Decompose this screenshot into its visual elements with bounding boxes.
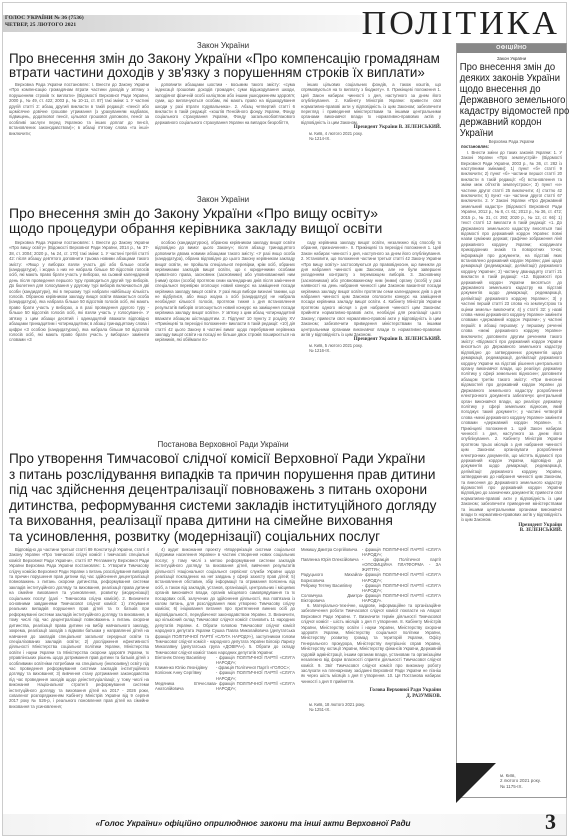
article2-title-line: щодо процедури обрання керівника закладу… (9, 221, 382, 236)
sidebar-title: Про внесення змін до деяких законів Укра… (457, 61, 569, 139)
article3-title-line: Про утворення Тимчасової слідчої комісії… (9, 451, 436, 467)
article1-title-line: Про внесення змін до Закону України «Про… (9, 52, 440, 66)
article1-number: № 1214-IX. (301, 136, 441, 141)
article2-col3-text: саду керівника закладу вищої освіти, нез… (301, 240, 441, 337)
article2-column: особою (кандидатурою), обраною керівнико… (155, 240, 295, 418)
article3-title-line: та виховання, реалізації права дитини на… (9, 513, 436, 529)
member-name: Ребрику Тетяну Василівну (301, 583, 362, 593)
article1-column: Верховна Рада України постановляє: I. Вн… (9, 82, 149, 158)
article2-kicker: Закон України (3, 195, 443, 204)
article1-title-line: втрати частини доходів у зв'язку з поруш… (9, 66, 440, 80)
article3-column: Микишу Дмитра Сергійовича- фракція ПОЛІТ… (301, 547, 441, 809)
article3-column: 4) аудит виконання проекту «Модернізація… (155, 547, 295, 809)
article1-column: інших цільових соціальних фондів, а тако… (301, 82, 441, 158)
sidebar-meta: м. Київ, 2 лютого 2021 року. № 1175-IX. (500, 773, 541, 789)
article3-title-line: під час здійснення децентралізації повно… (9, 482, 436, 498)
article1-kicker: Закон України (3, 41, 443, 50)
member-name: Павленка Юрія Олексійовича (301, 557, 362, 572)
member-name: Медяника В'ячеслава Анатолійовича (155, 681, 216, 691)
article1-col2-text: доповнити абзацами шостим - восьмим тако… (155, 82, 295, 125)
article1-col1-text: Верховна Рада України постановляє: I. Вн… (9, 82, 149, 136)
corner-triangle-decoration (456, 763, 496, 803)
member-faction: - фракція ПОЛІТИЧНОЇ ПАРТІЇ «СЛУГА НАРОД… (362, 593, 441, 603)
member-name: Радуцького Михайла Борисовича (301, 572, 362, 582)
newspaper-page: ГОЛОС УКРАЇНИ № 36 (7536) ЧЕТВЕР, 25 ЛЮТ… (2, 2, 567, 836)
issue-number: ГОЛОС УКРАЇНИ № 36 (7536) (5, 15, 84, 22)
member-name: Колісник Анну Сергіївну (155, 670, 216, 680)
article2-title-line: Про внесення змін до Закону України «Про… (9, 206, 382, 221)
section-rubric: ПОЛІТИКА (362, 6, 560, 42)
member-name: Соломчука Дмитра Вікторовича (301, 593, 362, 603)
article3-kicker: Постанова Верховної Ради України (3, 440, 443, 449)
article3-title: Про утворення Тимчасової слідчої комісії… (9, 451, 436, 545)
article1-col3-text: інших цільових соціальних фондів, а тако… (301, 82, 441, 125)
footer-text: «Голос України» офіційно оприлюднює зако… (3, 819, 503, 828)
member-faction: - фракція ПОЛІТИЧНОЇ ПАРТІЇ «СЛУГА НАРОД… (362, 547, 441, 557)
member-name: Вінтоняк Олену Василівну (155, 655, 216, 665)
member-faction: - фракція ПОЛІТИЧНОЇ ПАРТІЇ «СЛУГА НАРОД… (216, 670, 295, 680)
article3-title-line: дитинства, реформування системи закладів… (9, 498, 436, 514)
member-faction: - фракція ПОЛІТИЧНОЇ ПАРТІЇ «СЛУГА НАРОД… (216, 681, 295, 691)
article3-body: Відповідно до частини третьої статті 89 … (9, 547, 441, 809)
member-faction: - фракція Політичної партії «ОПОЗИЦІЙНА … (362, 557, 441, 572)
members-list: Микишу Дмитра Сергійовича- фракція ПОЛІТ… (301, 547, 441, 603)
sidebar-text: I. Внести зміни до таких законів України… (461, 150, 562, 523)
article1-body: Верховна Рада України постановляє: I. Вн… (9, 82, 441, 158)
article2-title: Про внесення змін до Закону України «Про… (9, 206, 382, 235)
article2-col2-text: особою (кандидатурою), обраною керівнико… (155, 240, 295, 343)
member-faction: - фракція ПОЛІТИЧНОЇ ПАРТІЇ «СЛУГА НАРОД… (362, 583, 441, 593)
article2-column: саду керівника закладу вищої освіти, нез… (301, 240, 441, 418)
article2-body: Верховна Рада України постановляє: I. Вн… (9, 240, 441, 418)
article1-title: Про внесення змін до Закону України «Про… (9, 52, 440, 80)
member-faction: - фракція ПОЛІТИЧНОЇ ПАРТІЇ «СЛУГА НАРОД… (362, 572, 441, 582)
sidebar-label: ОФІЦІЙНО (457, 44, 566, 53)
sidebar-signature-name: В. ЗЕЛЕНСЬКИЙ. (461, 528, 562, 533)
member-faction: - фракція ПОЛІТИЧНОЇ ПАРТІЇ «СЛУГА НАРОД… (216, 655, 295, 665)
members-list: Вінтоняк Олену Василівну- фракція ПОЛІТИ… (155, 655, 295, 691)
article1-column: доповнити абзацами шостим - восьмим тако… (155, 82, 295, 158)
article3-number: № 1251-IX. (301, 707, 441, 712)
article2-number: № 1216-IX. (301, 348, 441, 353)
article3-signature-name: Д. РАЗУМКОВ. (301, 694, 441, 699)
article3-col3-text: 6. Матеріально-технічне, кадрове, інформ… (301, 603, 441, 684)
official-sidebar: ОФІЦІЙНО Закон України Про внесення змін… (456, 43, 567, 798)
article3-column: Відповідно до частини третьої статті 89 … (9, 547, 149, 809)
article3-col2-text: 4) аудит виконання проекту «Модернізація… (155, 547, 295, 655)
sidebar-body: Верховна Рада України постановляє: I. Вн… (457, 139, 566, 534)
sidebar-number: № 1175-IX. (500, 784, 541, 789)
issue-info: ГОЛОС УКРАЇНИ № 36 (7536) ЧЕТВЕР, 25 ЛЮТ… (5, 15, 84, 29)
article3-title-line: та усиновлення, розвитку (модернізації) … (9, 529, 436, 545)
article3-col1-text: Відповідно до частини третьої статті 89 … (9, 547, 149, 709)
article3-title-line: з питань розслідування випадків та причи… (9, 467, 436, 483)
article2-column: Верховна Рада України постановляє: I. Вн… (9, 240, 149, 418)
member-name: Микишу Дмитра Сергійовича (301, 547, 362, 557)
page-number: 3 (545, 809, 556, 835)
article2-col1-text: Верховна Рада України постановляє: I. Вн… (9, 240, 149, 343)
issue-date: ЧЕТВЕР, 25 ЛЮТОГО 2021 (5, 22, 84, 29)
